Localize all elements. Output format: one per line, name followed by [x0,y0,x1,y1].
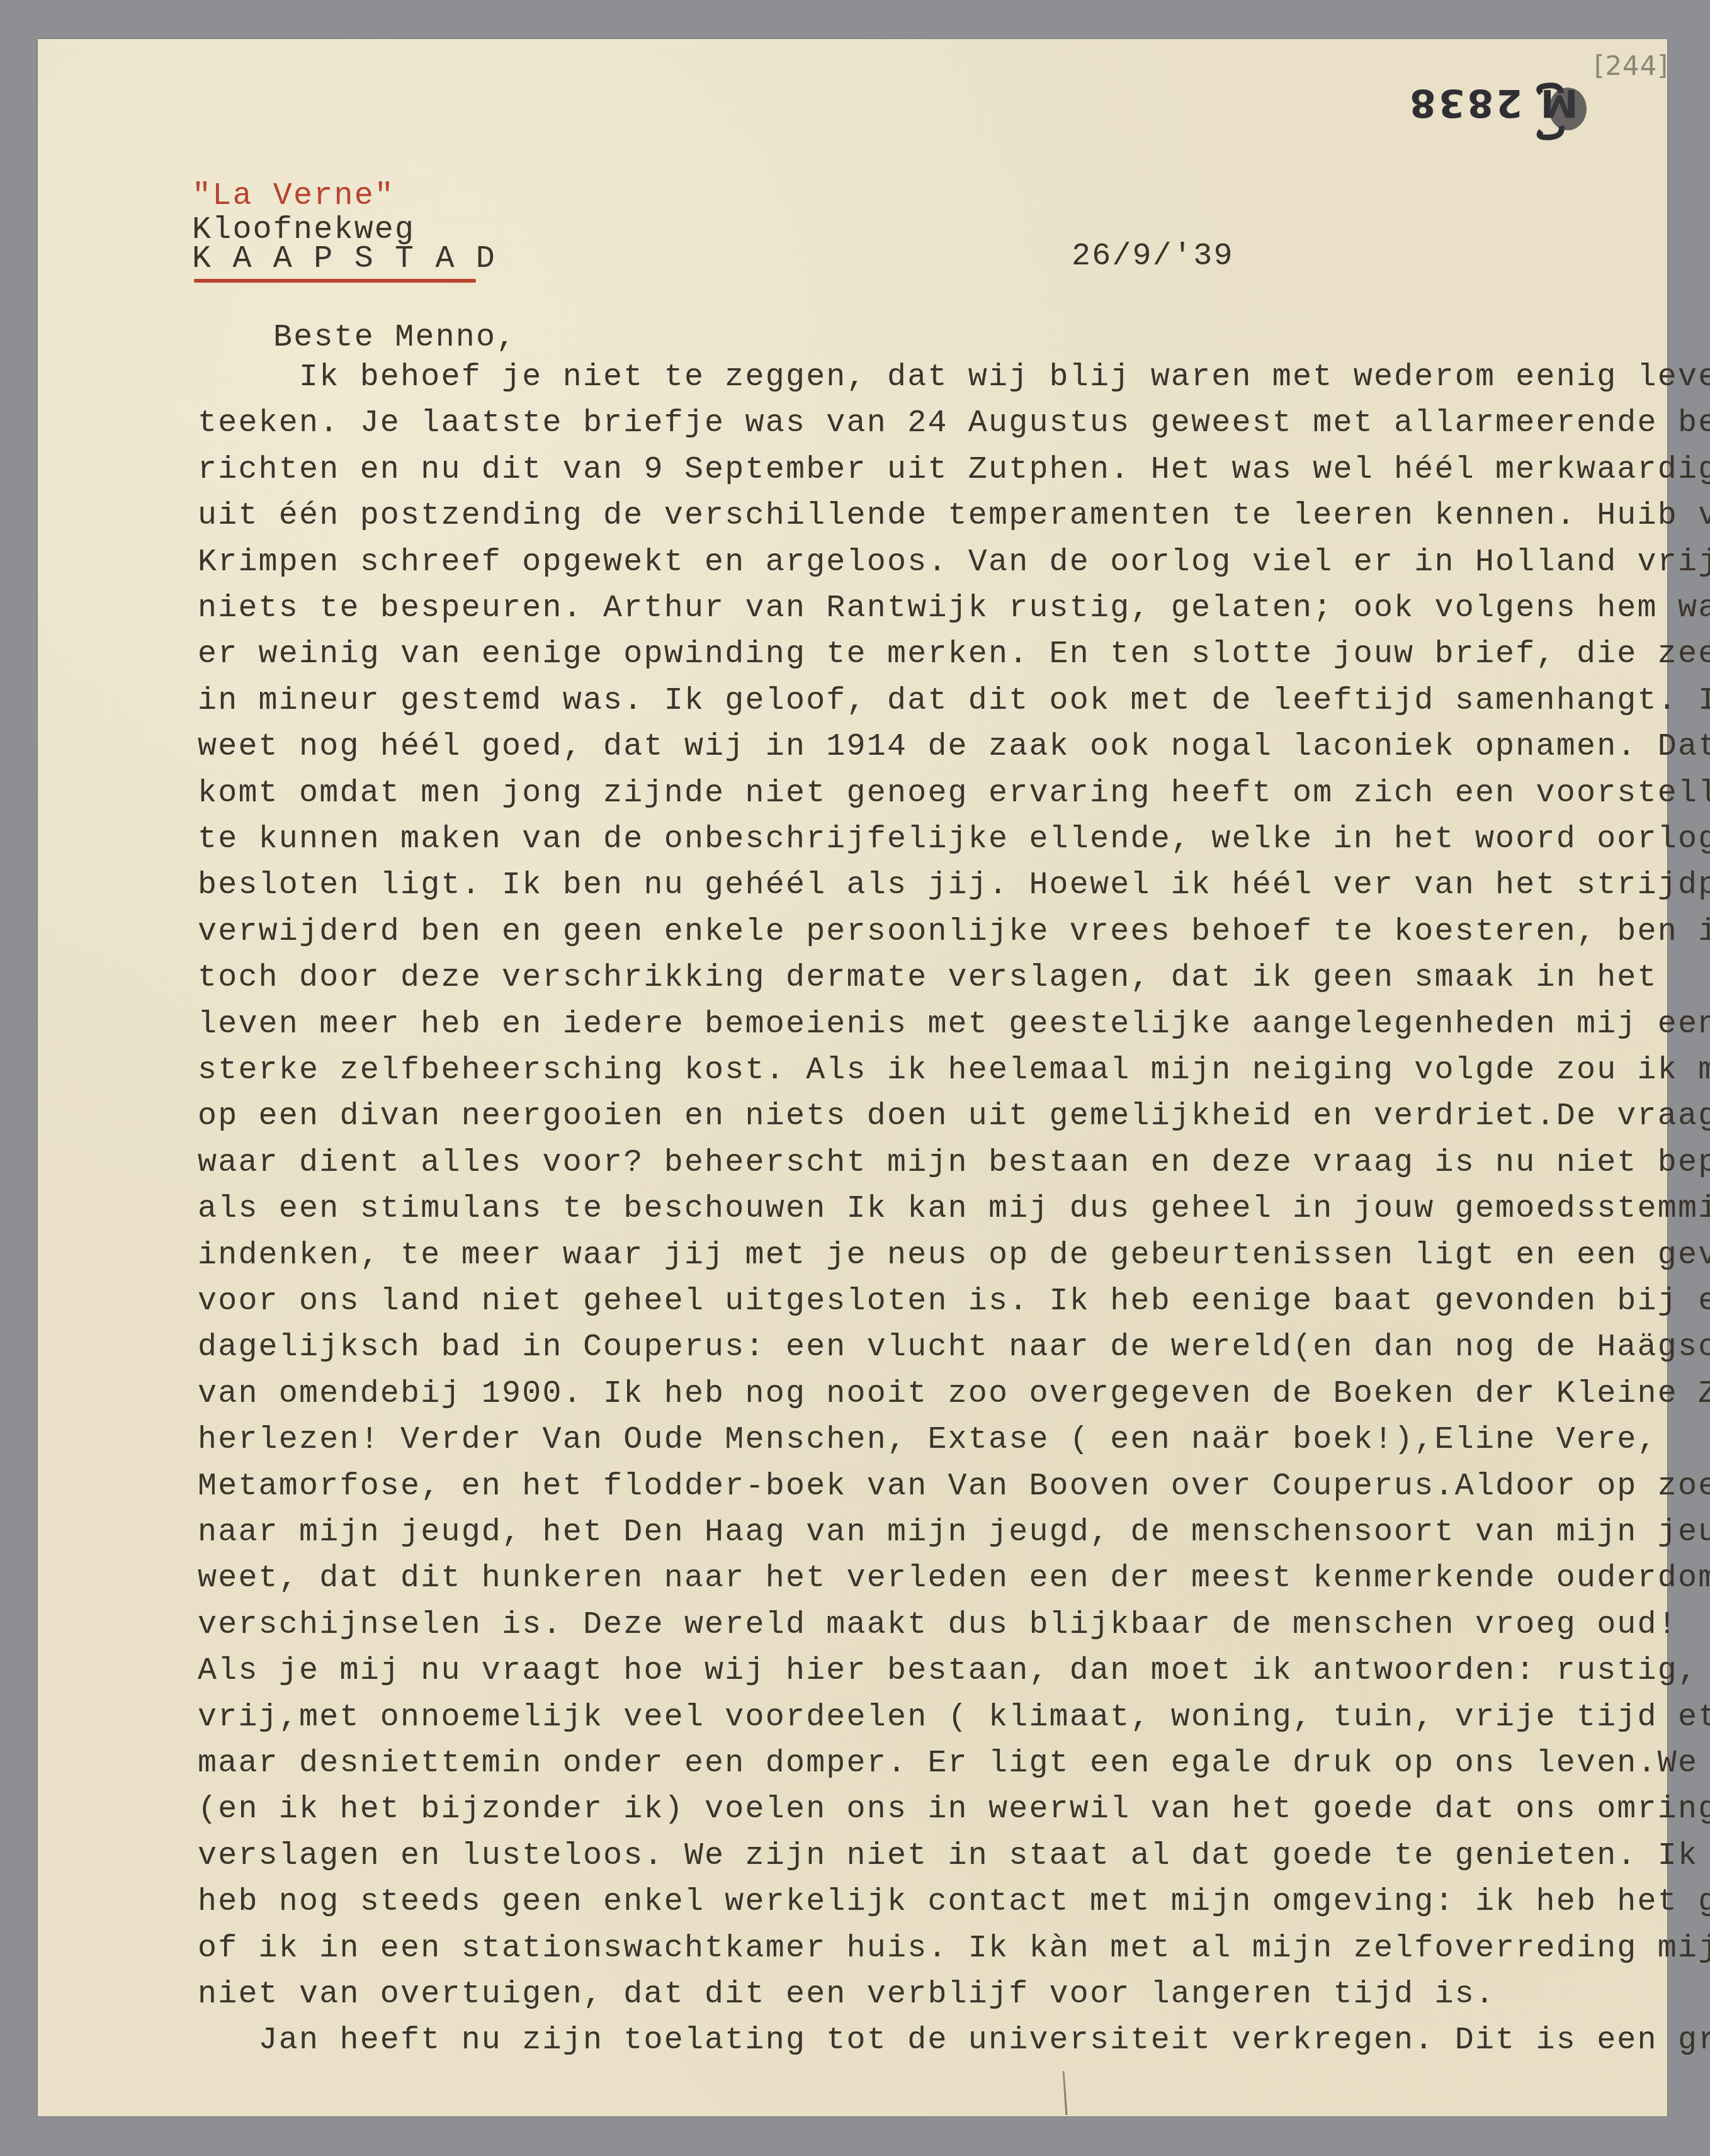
letter-line: er weinig van eenige opwinding te merken… [198,639,1710,670]
letter-line: weet, dat dit hunkeren naar het verleden… [198,1563,1710,1594]
letter-line: Jan heeft nu zijn toelating tot de unive… [198,2025,1710,2057]
letter-line: (en ik het bijzonder ik) voelen ons in w… [198,1794,1710,1826]
letter-line: van omendebij 1900. Ik heb nog nooit zoo… [198,1379,1710,1410]
letter-line: dagelijksch bad in Couperus: een vlucht … [198,1332,1710,1363]
letter-line: Als je mij nu vraagt hoe wij hier bestaa… [198,1656,1698,1687]
letter-line: Metamorfose, en het flodder-boek van Van… [198,1471,1710,1503]
letter-line: te kunnen maken van de onbeschrijfelijke… [198,824,1710,855]
letter-line: als een stimulans te beschouwen Ik kan m… [198,1194,1710,1225]
letter-line: verslagen en lusteloos. We zijn niet in … [198,1841,1710,1872]
archive-number: [244] [1594,50,1668,81]
letter-line: verwijderd ben en geen enkele persoonlij… [198,917,1710,948]
letter-line: leven meer heb en iedere bemoeienis met … [198,1009,1710,1041]
letter-line: of ik in een stationswachtkamer huis. Ik… [198,1933,1710,1965]
letter-line: Krimpen schreef opgewekt en argeloos. Va… [198,547,1710,579]
letter-line: teeken. Je laatste briefje was van 24 Au… [198,408,1710,439]
letter-line: heb nog steeds geen enkel werkelijk cont… [198,1887,1710,1918]
letter-line: voor ons land niet geheel uitgesloten is… [198,1286,1710,1318]
letter-line: herlezen! Verder Van Oude Menschen, Exta… [198,1425,1658,1456]
house-name: "La Verne" [192,181,395,212]
letter-line: richten en nu dit van 9 September uit Zu… [198,454,1710,486]
letter-line: verschijnselen is. Deze wereld maakt dus… [198,1610,1678,1641]
letter-line: maar desniettemin onder een domper. Er l… [198,1748,1698,1780]
letter-line: toch door deze verschrikking dermate ver… [198,962,1658,994]
letter-line: naar mijn jeugd, het Den Haag van mijn j… [198,1517,1710,1549]
letter-line: in mineur gestemd was. Ik geloof, dat di… [198,686,1710,717]
letter-line: indenken, te meer waar jij met je neus o… [198,1240,1710,1272]
monogram-stamp-icon [1516,81,1592,140]
letter-line: komt omdat men jong zijnde niet genoeg e… [198,778,1710,810]
letter-line: uit één postzending de verschillende tem… [198,500,1710,532]
letter-line: op een divan neergooien en niets doen ui… [198,1101,1710,1132]
letter-line: besloten ligt. Ik ben nu gehéél als jij.… [198,870,1710,901]
salutation: Beste Menno, [273,322,516,354]
letter-line: niet van overtuigen, dat dit een verblij… [198,1979,1495,2011]
letter-line: niets te bespeuren. Arthur van Rantwijk … [198,593,1710,624]
city-name: K A A P S T A D [192,244,496,275]
letter-line: sterke zelfbeheersching kost. Als ik hee… [198,1055,1710,1086]
letter-line: waar dient alles voor? beheerscht mijn b… [198,1148,1710,1179]
letter-line: Ik behoef je niet te zeggen, dat wij bli… [198,362,1710,393]
city-underline [194,279,476,283]
letter-date: 26/9/'39 [1072,241,1234,273]
letter-line: vrij,met onnoemelijk veel voordeelen ( k… [198,1702,1710,1734]
letter-line: weet nog héél goed, dat wij in 1914 de z… [198,731,1710,763]
